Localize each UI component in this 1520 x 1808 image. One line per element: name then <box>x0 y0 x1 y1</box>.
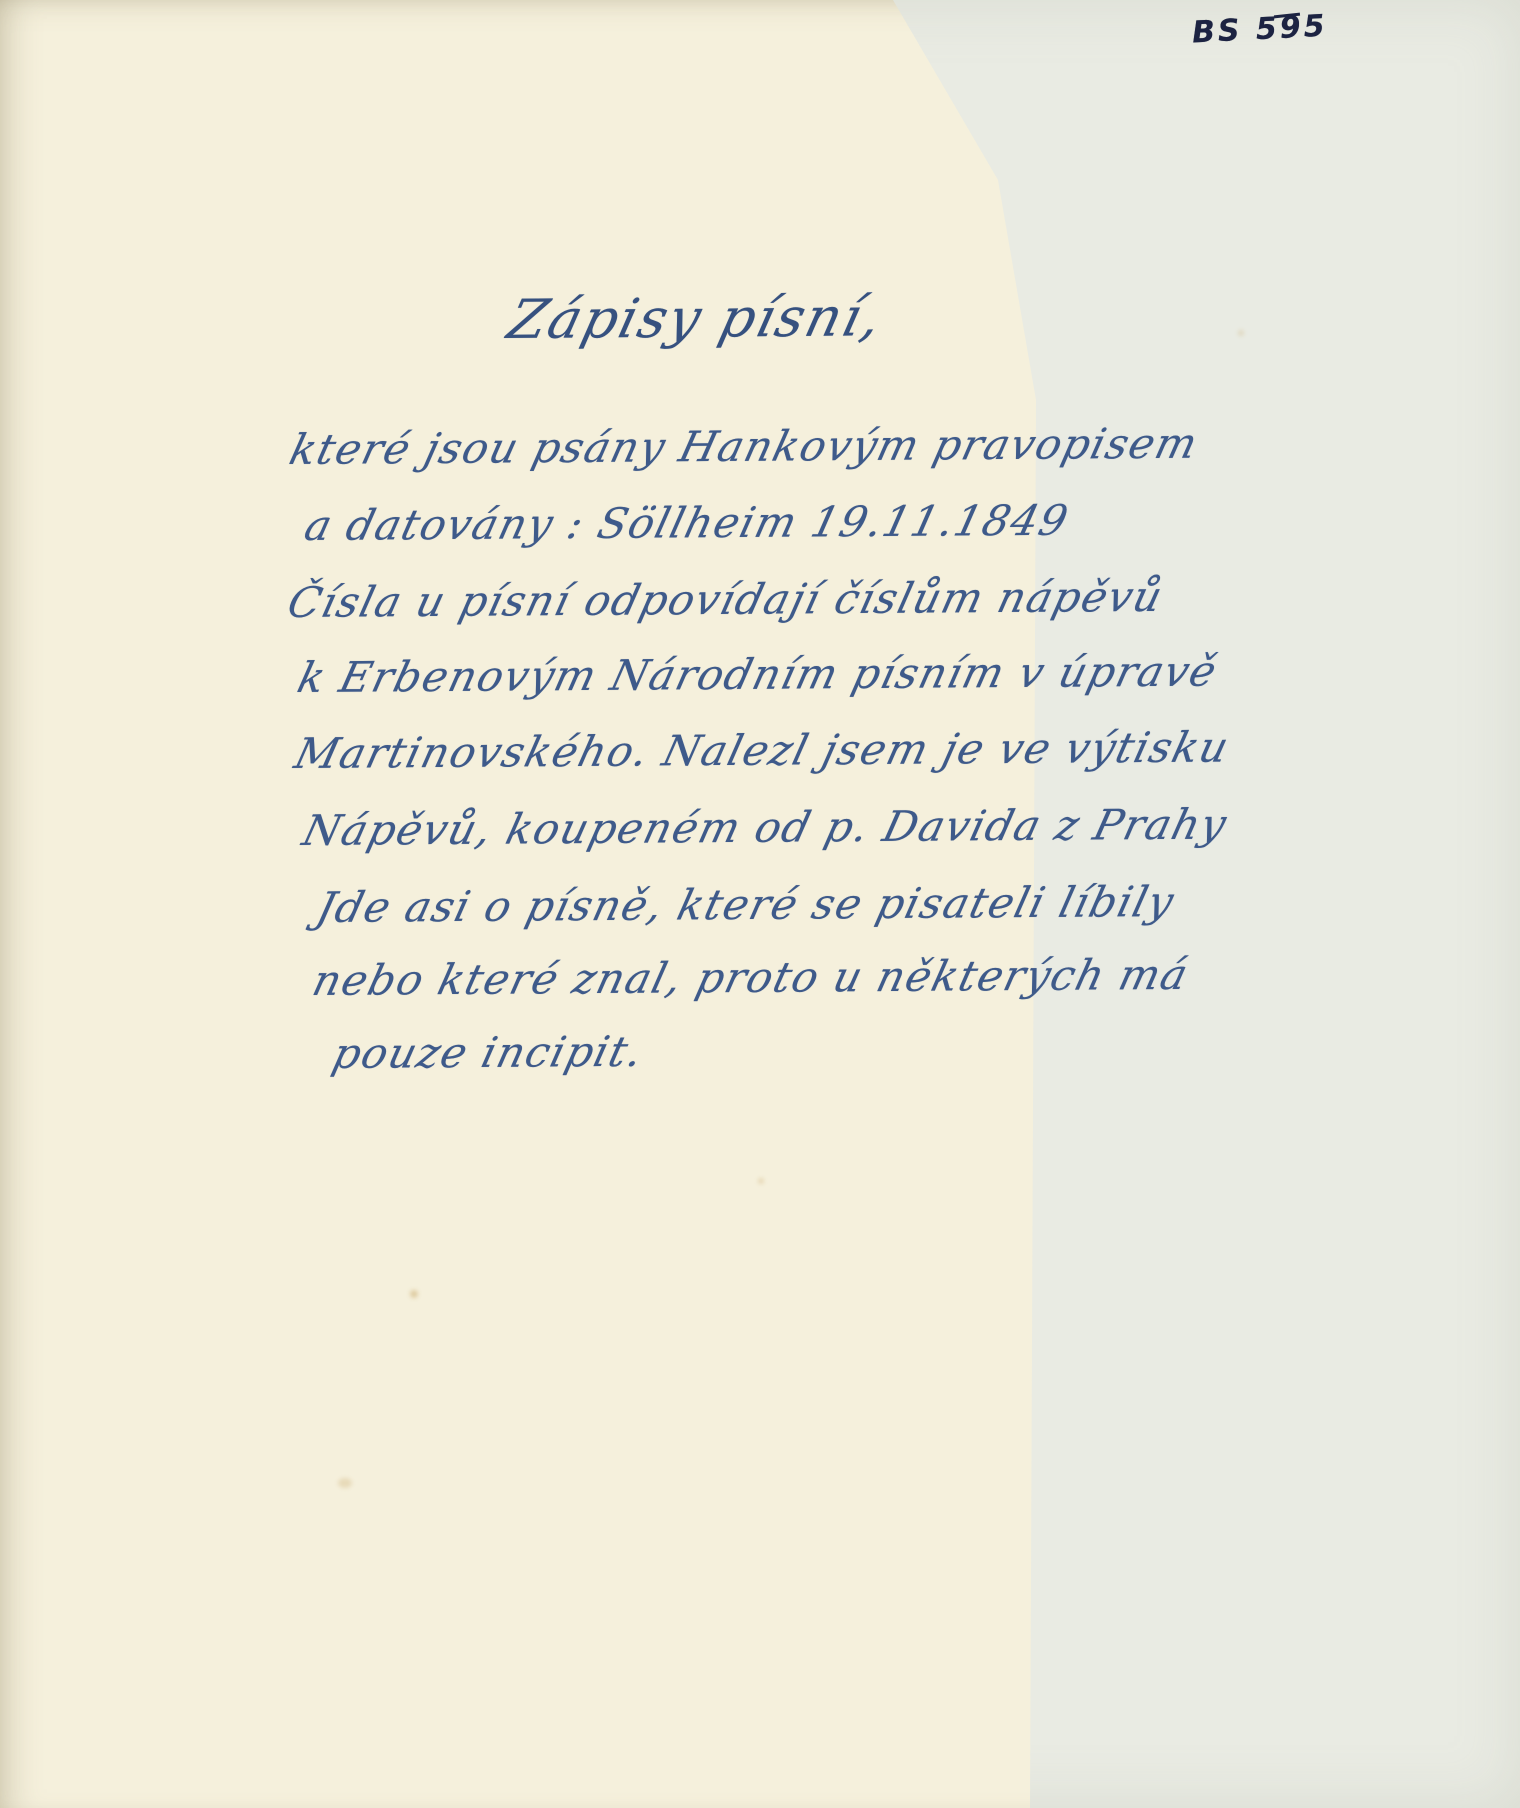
handwriting-layer: BS 595 Zápisy písní, které jsou psány Ha… <box>0 0 1520 1808</box>
handwritten-line-8: nebo které znal, proto u některých má <box>308 950 1194 1005</box>
catalog-mark: BS 595 <box>1191 8 1328 50</box>
document-title: Zápisy písní, <box>502 285 890 351</box>
handwritten-line-4: k Erbenovým Národním písním v úpravě <box>293 647 1223 702</box>
handwritten-line-5: Martinovského. Nalezl jsem je ve výtisku <box>290 723 1235 779</box>
manuscript-page: BS 595 Zápisy písní, které jsou psány Ha… <box>0 0 1520 1808</box>
handwritten-line-2: a datovány : Söllheim 19.11.1849 <box>300 496 1074 550</box>
handwritten-line-6: Nápěvů, koupeném od p. Davida z Prahy <box>298 800 1232 855</box>
handwritten-line-7: Jde asi o písně, které se pisateli líbil… <box>312 877 1180 932</box>
handwritten-line-1: které jsou psány Hankovým pravopisem <box>285 419 1203 474</box>
handwritten-line-9: pouze incipit. <box>328 1027 649 1078</box>
handwritten-line-3: Čísla u písní odpovídají číslům nápěvů <box>283 572 1168 627</box>
